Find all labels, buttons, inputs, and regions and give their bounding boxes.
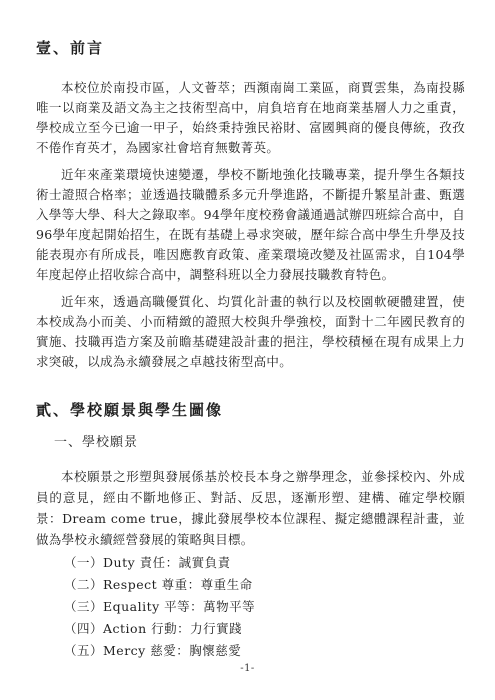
- section-heading-vision: 貳、學校願景與學生圖像: [36, 400, 465, 420]
- preface-paragraph-2: 近年來產業環境快速變遷，學校不斷地強化技職專業，提升學生各類技術士證照合格率；並…: [36, 165, 465, 285]
- vision-list: （一）Duty 責任：誠實負責 （二）Respect 尊重：尊重生命 （三）Eq…: [36, 552, 465, 662]
- vision-list-item-equality: （三）Equality 平等：萬物平等: [64, 596, 465, 618]
- vision-list-item-mercy: （五）Mercy 慈愛：胸懷慈愛: [64, 640, 465, 662]
- vision-list-item-duty: （一）Duty 責任：誠實負責: [64, 552, 465, 574]
- subsection-title-school-vision: 一、學校願景: [54, 434, 465, 452]
- vision-list-item-action: （四）Action 行動：力行實踐: [64, 618, 465, 640]
- preface-paragraph-3: 近年來，透過高職優質化、均質化計畫的執行以及校園軟硬體建置，使本校成為小而美、小…: [36, 292, 465, 372]
- page-number: -1-: [0, 663, 495, 674]
- vision-paragraph: 本校願景之形塑與發展係基於校長本身之辦學理念，並參採校內、外成員的意見，經由不斷…: [36, 466, 465, 550]
- section-heading-preface: 壹、前言: [36, 38, 465, 58]
- document-page: 壹、前言 本校位於南投市區，人文薈萃；西瀕南崗工業區，商賈雲集，為南投縣唯一以商…: [0, 0, 495, 700]
- preface-paragraph-1: 本校位於南投市區，人文薈萃；西瀕南崗工業區，商賈雲集，為南投縣唯一以商業及語文為…: [36, 78, 465, 158]
- vision-list-item-respect: （二）Respect 尊重：尊重生命: [64, 574, 465, 596]
